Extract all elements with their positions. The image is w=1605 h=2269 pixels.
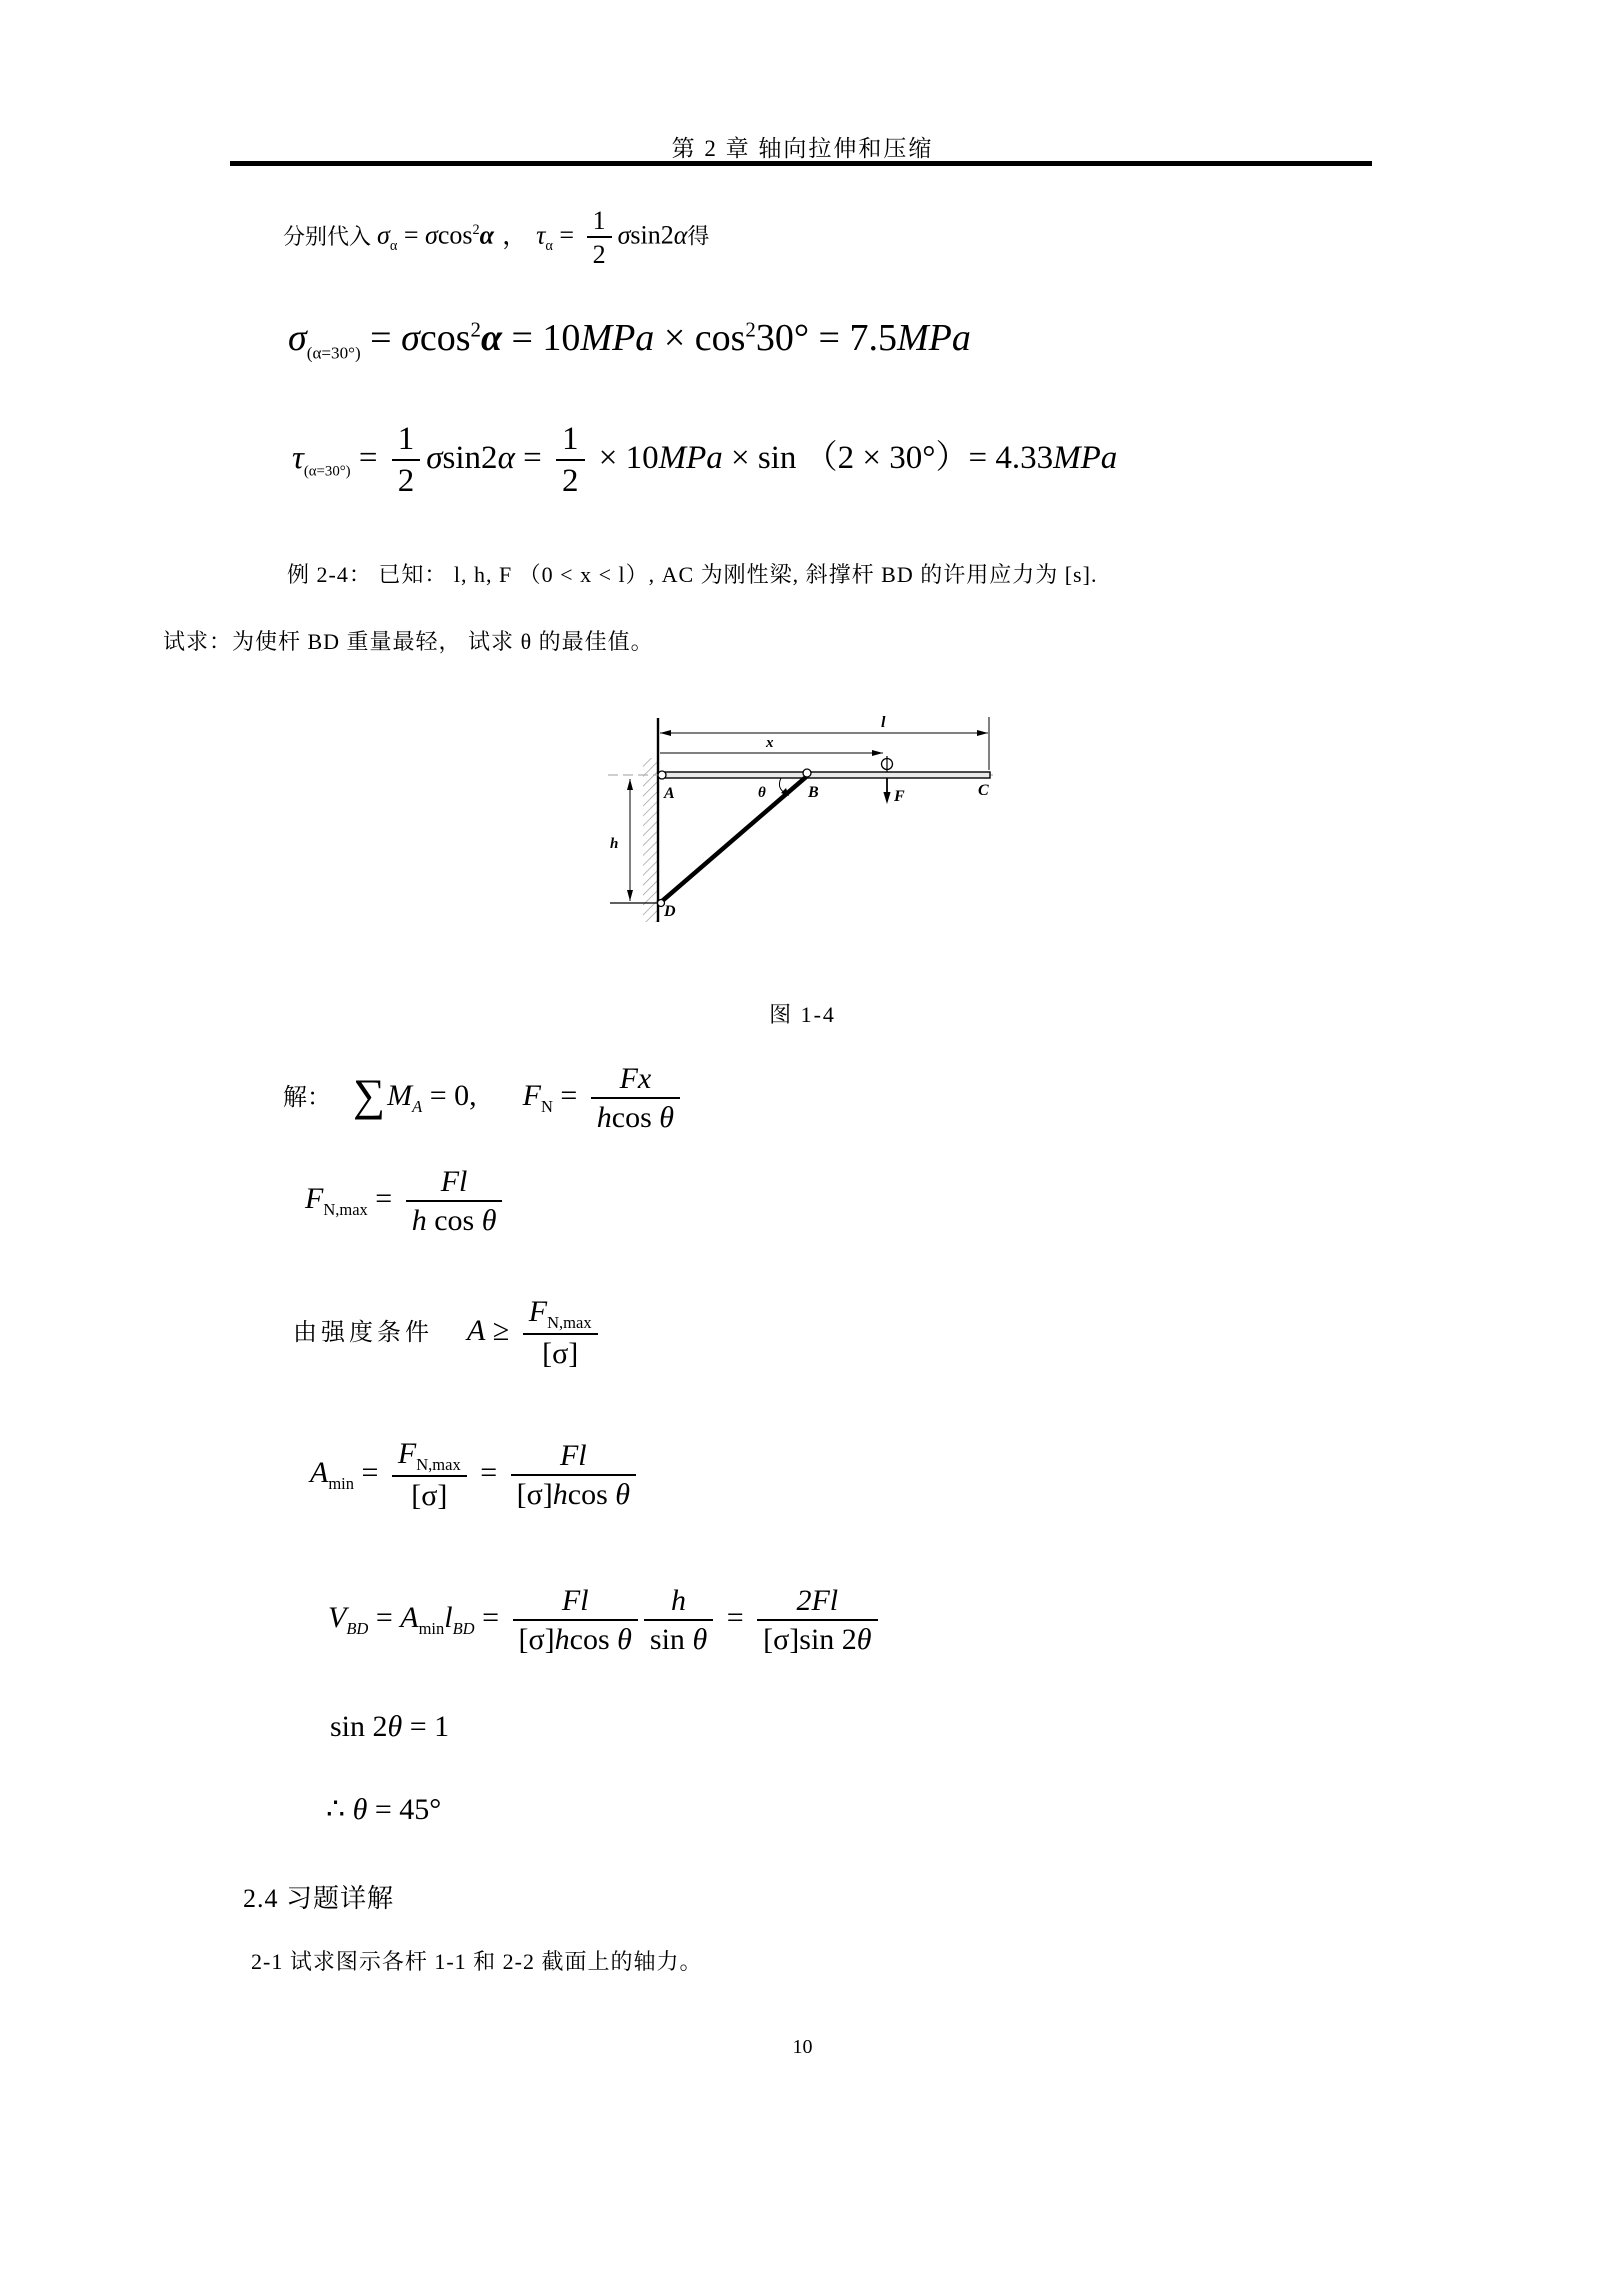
fraction-numerator: 1 <box>556 421 585 459</box>
math-function: cos <box>420 317 471 359</box>
formula-substitution: 分别代入σα = σcos2α，τα = 12σsin2α得 <box>283 206 709 269</box>
math-subscript: N,max <box>416 1455 460 1474</box>
math-superscript: 2 <box>473 222 480 238</box>
fraction-numerator: 1 <box>587 206 612 236</box>
math-symbol: θ <box>353 1793 368 1826</box>
math-function: cos <box>568 1478 616 1511</box>
formula-amin: Amin = FN,max[σ] = Fl[σ]hcos θ <box>310 1437 642 1513</box>
math-subscript: N <box>541 1097 553 1116</box>
math-operator: = <box>475 1601 507 1634</box>
math-function: sin <box>650 1623 693 1656</box>
math-symbol: θ <box>388 1710 403 1743</box>
figure-label-C: C <box>978 782 989 799</box>
document-page: 第 2 章 轴向拉伸和压缩 分别代入σα = σcos2α，τα = 12σsi… <box>0 0 1605 2269</box>
figure-label-l: l <box>881 714 886 731</box>
math-value: = 0, <box>422 1079 476 1112</box>
pin-A <box>658 771 666 779</box>
figure-label-F: F <box>893 788 905 805</box>
fraction: Fl[σ]hcos θ <box>511 1439 636 1511</box>
beam-AC <box>660 772 990 778</box>
math-operator: = <box>368 1601 400 1634</box>
fraction-numerator: Fl <box>511 1439 636 1474</box>
fraction: 2Fl[σ]sin 2θ <box>757 1584 877 1656</box>
math-symbol: α <box>674 221 688 250</box>
math-symbol: σ <box>618 221 631 250</box>
math-function: sin 2 <box>799 1623 857 1656</box>
formula-sigma-30: σ(α=30°) = σcos2α = 10MPa × cos230° = 7.… <box>288 316 971 364</box>
math-symbol: F <box>523 1079 541 1112</box>
example-statement-line1: 例 2-4： 已知： l, h, F （0 < x < l）, AC 为刚性梁,… <box>287 558 1097 589</box>
arrowhead <box>977 730 988 736</box>
text-label: 由强度条件 <box>293 1320 433 1346</box>
formula-volume: VBD = AminlBD = Fl[σ]hcos θhsin θ = 2Fl[… <box>328 1584 884 1656</box>
math-subscript: (α=30°) <box>304 464 351 480</box>
math-operator: = <box>719 1601 751 1634</box>
math-subscript: (α=30°) <box>307 344 361 363</box>
math-function: sin 2 <box>330 1710 388 1743</box>
problem-2-1: 2-1 试求图示各杆 1-1 和 2-2 截面上的轴力。 <box>251 1945 702 1976</box>
math-symbol: σ <box>425 221 438 250</box>
math-symbol: l <box>444 1601 452 1634</box>
math-operator: = <box>473 1456 505 1489</box>
math-symbol: σ <box>377 221 390 250</box>
fraction-one-half: 12 <box>392 421 421 500</box>
math-symbol: [σ] <box>517 1478 553 1511</box>
math-symbol: α <box>498 440 515 476</box>
math-subscript: A <box>412 1097 422 1116</box>
force-arrowhead <box>883 792 890 804</box>
math-operator: = <box>351 440 386 476</box>
math-symbol: A <box>467 1314 485 1347</box>
header-rule <box>230 161 1372 166</box>
formula-sin2theta: sin 2θ = 1 <box>330 1710 449 1744</box>
solve-label: 解： <box>283 1085 331 1111</box>
math-function: cos <box>612 1101 660 1134</box>
math-symbol: [σ] <box>519 1623 555 1656</box>
math-symbol: A <box>310 1456 328 1489</box>
math-superscript: 2 <box>471 317 481 341</box>
math-symbol: M <box>387 1079 412 1112</box>
arrowhead <box>627 779 633 790</box>
math-operator: × cos <box>654 317 745 359</box>
math-symbol: h <box>412 1204 427 1237</box>
fraction-numerator: 2Fl <box>757 1584 877 1619</box>
figure-1-4: l x F θ h A B C D <box>600 700 1010 950</box>
math-operator: = <box>361 317 401 359</box>
math-symbol: α <box>480 221 494 250</box>
page-number: 10 <box>0 2036 1605 2059</box>
formula-strength-condition: 由强度条件A ≥ FN,max[σ] <box>293 1295 604 1371</box>
wall-hatching <box>643 758 658 922</box>
math-unit: MPa <box>580 317 654 359</box>
fraction-numerator: h <box>644 1584 713 1619</box>
math-unit: MPa <box>659 440 723 476</box>
math-operator: = <box>553 221 581 250</box>
math-unit: MPa <box>897 317 971 359</box>
figure-label-B: B <box>807 784 819 801</box>
example-statement-line2: 试求：为使杆 BD 重量最轻， 试求 θ 的最佳值。 <box>163 625 654 656</box>
math-function: sin2 <box>443 440 498 476</box>
fraction-denominator: [σ] <box>392 1475 467 1513</box>
fraction-denominator: hcos θ <box>591 1097 680 1135</box>
fraction: FN,max[σ] <box>392 1437 467 1513</box>
fraction-denominator: sin θ <box>644 1619 713 1657</box>
fraction-one-half: 12 <box>587 206 612 269</box>
fraction-numerator: Fl <box>513 1584 638 1619</box>
figure-label-x: x <box>765 735 774 751</box>
math-symbol: A <box>400 1601 418 1634</box>
math-subscript: min <box>328 1474 354 1493</box>
math-function: cos <box>434 1204 482 1237</box>
fraction-numerator: Fl <box>406 1165 503 1200</box>
math-value: 30° = 7.5 <box>756 317 897 359</box>
math-operator: = <box>515 440 550 476</box>
fraction: hsin θ <box>644 1584 713 1656</box>
figure-label-h: h <box>610 836 618 852</box>
math-symbol: F <box>398 1437 416 1470</box>
fraction: Fl[σ]hcos θ <box>513 1584 638 1656</box>
math-symbol: θ <box>659 1101 674 1134</box>
arrowhead <box>872 750 883 756</box>
figure-label-theta: θ <box>758 785 766 801</box>
formula-tau-30: τ(α=30°) = 12σsin2α = 12 × 10MPa × sin （… <box>292 421 1117 500</box>
fraction: Flh cos θ <box>406 1165 503 1237</box>
math-symbol: V <box>328 1601 346 1634</box>
text-suffix: 得 <box>687 224 709 249</box>
figure-label-A: A <box>663 785 675 802</box>
section-heading: 2.4 习题详解 <box>243 1878 394 1915</box>
math-operator: = <box>397 221 425 250</box>
math-function: sin2 <box>630 221 673 250</box>
therefore-symbol: ∴ <box>326 1793 353 1826</box>
math-operator: = <box>354 1456 386 1489</box>
formula-fnmax: FN,max = Flh cos θ <box>305 1165 508 1237</box>
fraction-numerator: Fx <box>591 1062 680 1097</box>
fraction: Fxhcos θ <box>591 1062 680 1134</box>
math-symbol: σ <box>288 317 307 359</box>
math-symbol: F <box>305 1182 323 1215</box>
fraction-denominator: h cos θ <box>406 1200 503 1238</box>
math-symbol: θ <box>482 1204 497 1237</box>
math-subscript: N,max <box>547 1313 591 1332</box>
math-value: = 10 <box>502 317 580 359</box>
math-operator: = <box>553 1079 585 1112</box>
fraction-denominator: 2 <box>587 236 612 269</box>
figure-caption: 图 1-4 <box>0 998 1605 1029</box>
arrowhead <box>627 890 633 901</box>
pin-B <box>803 769 811 777</box>
math-comma: ， <box>502 221 528 250</box>
math-symbol: θ <box>857 1623 872 1656</box>
math-value: = 45° <box>367 1793 441 1826</box>
math-operator: = <box>368 1182 400 1215</box>
figure-label-D: D <box>663 903 676 920</box>
fraction-denominator: 2 <box>392 459 421 500</box>
fraction-denominator: 2 <box>556 459 585 500</box>
math-superscript: 2 <box>745 317 755 341</box>
math-symbol: σ <box>401 317 420 359</box>
math-subscript: BD <box>346 1619 368 1638</box>
formula-theta-45: ∴ θ = 45° <box>326 1792 441 1827</box>
chapter-header: 第 2 章 轴向拉伸和压缩 <box>0 130 1605 163</box>
math-subscript: N,max <box>323 1200 367 1219</box>
summation-symbol: ∑ <box>353 1070 385 1120</box>
strut-BD <box>661 777 806 902</box>
math-subscript: α <box>545 238 553 254</box>
math-subscript: min <box>419 1619 445 1638</box>
math-symbol: τ <box>536 221 545 250</box>
fraction-denominator: [σ]hcos θ <box>511 1474 636 1512</box>
fraction-denominator: [σ] <box>523 1333 598 1371</box>
math-value: = 1 <box>402 1710 449 1743</box>
math-operator: ≥ <box>485 1314 516 1347</box>
math-symbol: h <box>553 1478 568 1511</box>
math-symbol: α <box>481 317 502 359</box>
math-function: cos <box>570 1623 618 1656</box>
fraction-denominator: [σ]hcos θ <box>513 1619 638 1657</box>
fraction-one-half: 12 <box>556 421 585 500</box>
fraction-denominator: [σ]sin 2θ <box>757 1619 877 1657</box>
math-symbol: τ <box>292 440 304 476</box>
math-symbol: θ <box>617 1623 632 1656</box>
math-symbol: θ <box>692 1623 707 1656</box>
math-symbol: h <box>555 1623 570 1656</box>
formula-equilibrium: 解：∑MA = 0,FN = Fxhcos θ <box>283 1062 686 1134</box>
math-symbol: F <box>529 1295 547 1328</box>
math-symbol: θ <box>615 1478 630 1511</box>
fraction-numerator: FN,max <box>523 1295 598 1333</box>
text-label: 分别代入 <box>283 224 371 249</box>
fraction-numerator: 1 <box>392 421 421 459</box>
math-symbol: h <box>597 1101 612 1134</box>
math-symbol: σ <box>426 440 442 476</box>
math-value: × sin （2 × 30°）= 4.33 <box>723 440 1053 476</box>
math-subscript: BD <box>453 1619 475 1638</box>
fraction: FN,max[σ] <box>523 1295 598 1371</box>
math-function: cos <box>438 221 473 250</box>
math-unit: MPa <box>1053 440 1117 476</box>
arrowhead <box>660 730 671 736</box>
fraction-numerator: FN,max <box>392 1437 467 1475</box>
math-symbol: [σ] <box>763 1623 799 1656</box>
math-value: × 10 <box>591 440 659 476</box>
